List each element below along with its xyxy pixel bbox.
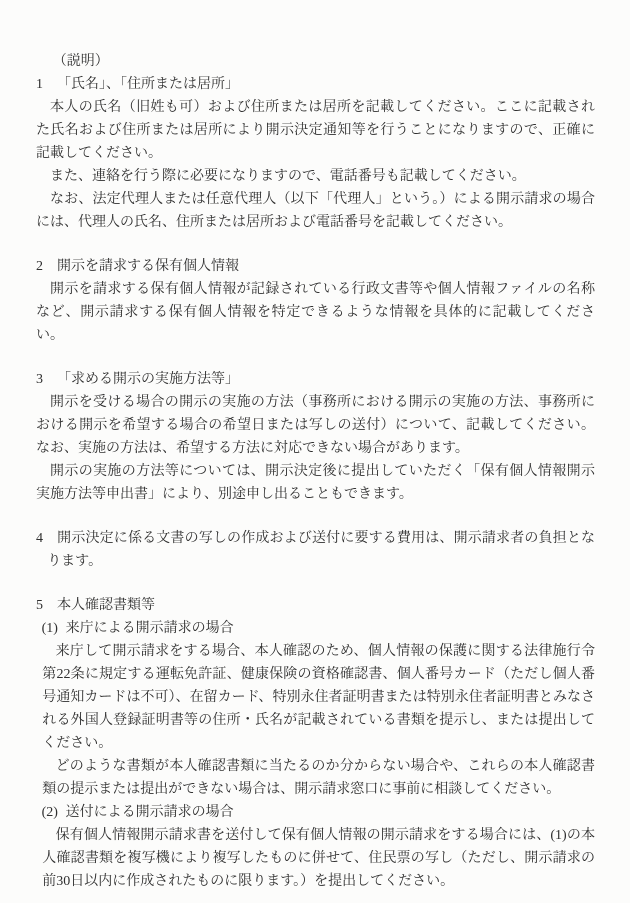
document-content: （説明） 1「氏名」、「住所または居所」 本人の氏名（旧姓も可）および住所または…	[0, 0, 630, 893]
paragraph: 開示を請求する保有個人情報が記録されている行政文書等や個人情報ファイルの名称など…	[36, 278, 595, 347]
section-heading: 2開示を請求する保有個人情報	[36, 255, 595, 278]
section-heading: 4開示決定に係る文書の写しの作成および送付に要する費用は、開示請求者の負担となり…	[36, 527, 595, 573]
paragraph: 来庁して開示請求をする場合、本人確認のため、個人情報の保護に関する法律施行令第2…	[36, 640, 595, 755]
paragraph: また、連絡を行う際に必要になりますので、電話番号も記載してください。	[36, 165, 595, 188]
section-name-address: 1「氏名」、「住所または居所」 本人の氏名（旧姓も可）および住所または居所を記載…	[36, 73, 595, 234]
paragraph: 保有個人情報開示請求書を送付して保有個人情報の開示請求をする場合には、(1)の本…	[36, 824, 595, 893]
section-heading: 5本人確認書類等	[36, 594, 595, 617]
paragraph: どのような書類が本人確認書類に当たるのか分からない場合や、これらの本人確認書類の…	[36, 755, 595, 801]
section-disclosure-method: 3「求める開示の実施方法等」 開示を受ける場合の開示の実施の方法（事務所における…	[36, 368, 595, 506]
paragraph: なお、法定代理人または任意代理人（以下「代理人」という。）による開示請求の場合に…	[36, 188, 595, 234]
section-title: 「氏名」、「住所または居所」	[57, 77, 239, 92]
subsection-heading-mail: (2)送付による開示請求の場合	[36, 801, 595, 824]
paragraph: 開示を受ける場合の開示の実施の方法（事務所における開示の実施の方法、事務所におけ…	[36, 391, 595, 460]
subsection-title: 来庁による開示請求の場合	[66, 621, 234, 636]
section-number: 1	[36, 73, 57, 96]
paragraph: 開示の実施の方法等については、開示決定後に提出していただく「保有個人情報開示実施…	[36, 460, 595, 506]
section-costs: 4開示決定に係る文書の写しの作成および送付に要する費用は、開示請求者の負担となり…	[36, 527, 595, 573]
section-identity-documents: 5本人確認書類等 (1)来庁による開示請求の場合 来庁して開示請求をする場合、本…	[36, 594, 595, 893]
subsection-title: 送付による開示請求の場合	[66, 805, 234, 820]
paragraph: 開示決定に係る文書の写しの作成および送付に要する費用は、開示請求者の負担となりま…	[47, 531, 595, 569]
section-requested-information: 2開示を請求する保有個人情報 開示を請求する保有個人情報が記録されている行政文書…	[36, 255, 595, 347]
section-heading: 3「求める開示の実施方法等」	[36, 368, 595, 391]
subsection-label: (2)	[42, 805, 58, 820]
section-title: 「求める開示の実施方法等」	[57, 372, 239, 387]
section-title: 本人確認書類等	[57, 598, 155, 613]
document-title: （説明）	[36, 50, 595, 73]
subsection-heading-visit: (1)来庁による開示請求の場合	[36, 617, 595, 640]
section-number: 4	[36, 527, 57, 550]
section-title: 開示を請求する保有個人情報	[57, 259, 239, 274]
document-page: （説明） 1「氏名」、「住所または居所」 本人の氏名（旧姓も可）および住所または…	[0, 0, 630, 903]
section-heading: 1「氏名」、「住所または居所」	[36, 73, 595, 96]
section-number: 3	[36, 368, 57, 391]
section-number: 5	[36, 594, 57, 617]
section-number: 2	[36, 255, 57, 278]
paragraph: 本人の氏名（旧姓も可）および住所または居所を記載してください。ここに記載された氏…	[36, 96, 595, 165]
subsection-label: (1)	[42, 621, 58, 636]
